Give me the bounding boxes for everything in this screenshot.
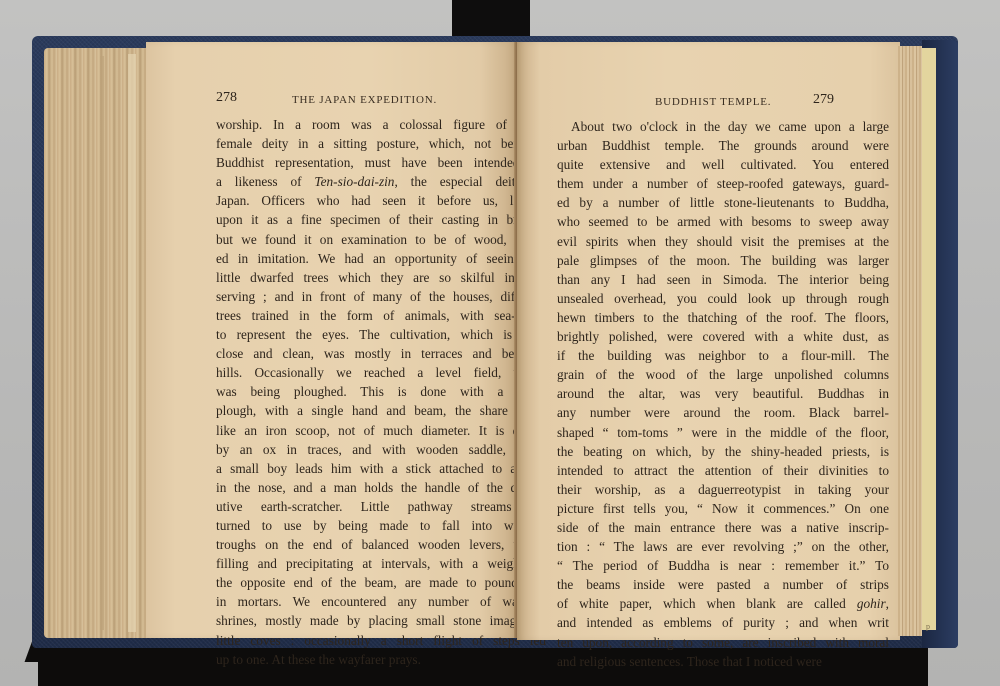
- text-line: them under a number of steep-roofed gate…: [557, 174, 889, 193]
- text-line: plough, with a single hand and beam, the…: [216, 401, 546, 420]
- text-line: a small boy leads him with a stick attac…: [216, 459, 546, 478]
- text-line: upon it as a fine specimen of their cast…: [216, 210, 546, 229]
- text-line: up to one. At these the wayfarer prays.: [216, 650, 546, 669]
- text-line: and intended as emblems of purity ; and …: [557, 613, 889, 632]
- text-line: side of the main entrance there was a na…: [557, 518, 889, 537]
- text-line: shaped “ tom-toms ” were in the middle o…: [557, 423, 889, 442]
- text-line: and religious sentences. Those that I no…: [557, 652, 889, 671]
- text-line: who seemed to be armed with besoms to sw…: [557, 212, 889, 231]
- text-line: troughs on the end of balanced wooden le…: [216, 535, 546, 554]
- text-line: around the altar, was very beautiful. Bu…: [557, 384, 889, 403]
- text-line: little coves : occasionally a short flig…: [216, 631, 546, 650]
- text-line: ed in imitation. We had an opportunity o…: [216, 249, 546, 268]
- left-page-text: worship. In a room was a colossal figure…: [216, 115, 546, 669]
- text-line: quite extensive and well cultivated. You…: [557, 155, 889, 174]
- text-line: by an ox in traces, and with wooden sadd…: [216, 440, 546, 459]
- text-line: was being ploughed. This is done with a …: [216, 382, 546, 401]
- text-line: the beams inside were pasted a number of…: [557, 575, 889, 594]
- text-line: urban Buddhist temple. The grounds aroun…: [557, 136, 889, 155]
- right-page: BUDDHIST TEMPLE. 279 About two o'clock i…: [517, 42, 900, 640]
- running-head-left: THE JAPAN EXPEDITION.: [292, 94, 437, 106]
- text-line: ed by a number of little stone-lieutenan…: [557, 193, 889, 212]
- text-line: worship. In a room was a colossal figure…: [216, 115, 546, 134]
- text-line: of white paper, which when blank are cal…: [557, 594, 889, 613]
- text-line: turned to use by being made to fall into…: [216, 516, 546, 535]
- text-line: pale glimpses of the moon. The building …: [557, 251, 889, 270]
- text-line: Buddhist representation, must have been …: [216, 153, 546, 172]
- italic-term: gohir: [857, 596, 886, 611]
- text-line: brightly polished, were covered with a w…: [557, 327, 889, 346]
- left-page: 278 THE JAPAN EXPEDITION. worship. In a …: [146, 42, 517, 638]
- text-line: than any I had seen in Simoda. The inter…: [557, 270, 889, 289]
- text-line: like an iron scoop, not of much diameter…: [216, 421, 546, 440]
- text-line: a likeness of Ten-sio-dai-zin, the espec…: [216, 172, 546, 191]
- text-line: female deity in a sitting posture, which…: [216, 134, 546, 153]
- text-line: evil spirits when they should visit the …: [557, 232, 889, 251]
- text-line: “ The period of Buddha is near : remembe…: [557, 556, 889, 575]
- text-line: their worship, as a daguerreotypist in t…: [557, 480, 889, 499]
- text-line: utive earth-scratcher. Little pathway st…: [216, 497, 546, 516]
- right-page-block-edges: [898, 46, 922, 636]
- text-line: any number were around the room. Black b…: [557, 403, 889, 422]
- text-line: picture first tells you, “ Now it commen…: [557, 499, 889, 518]
- text-line: in the nose, and a man holds the handle …: [216, 478, 546, 497]
- text-line: hills. Occasionally we reached a level f…: [216, 363, 546, 382]
- text-line: in mortars. We encountered any number of…: [216, 592, 546, 611]
- text-line: the opposite end of the beam, are made t…: [216, 573, 546, 592]
- page-number-left: 278: [216, 90, 237, 106]
- text-line: unsealed overhead, you could look up thr…: [557, 289, 889, 308]
- italic-term: Ten-sio-dai-zin: [314, 174, 394, 189]
- text-line: ten upon, according to some, are inscrib…: [557, 633, 889, 652]
- left-page-block-edges: [44, 48, 148, 638]
- corner-pencil-mark: p: [926, 622, 930, 631]
- page-number-right: 279: [813, 92, 834, 108]
- text-line: little dwarfed trees which they are so s…: [216, 268, 546, 287]
- text-line: trees trained in the form of animals, wi…: [216, 306, 546, 325]
- text-line: intended to attract the attention of the…: [557, 461, 889, 480]
- text-line: serving ; and in front of many of the ho…: [216, 287, 546, 306]
- text-line: grain of the wood of the large unpolishe…: [557, 365, 889, 384]
- right-endpaper: [922, 48, 936, 630]
- text-line: About two o'clock in the day we came upo…: [557, 117, 889, 136]
- text-line: Japan. Officers who had seen it before u…: [216, 191, 546, 210]
- text-line: if the building was neighbor to a flour-…: [557, 346, 889, 365]
- text-line: the beating on which, by the shiny-heade…: [557, 442, 889, 461]
- running-head-right: BUDDHIST TEMPLE.: [655, 96, 771, 108]
- right-page-text: About two o'clock in the day we came upo…: [557, 117, 889, 671]
- text-line: shrines, mostly made by placing small st…: [216, 611, 546, 630]
- text-line: to represent the eyes. The cultivation, …: [216, 325, 546, 344]
- text-line: tion : “ The laws are ever revolving ;” …: [557, 537, 889, 556]
- text-line: filling and precipitating at intervals, …: [216, 554, 546, 573]
- text-line: close and clean, was mostly in terraces …: [216, 344, 546, 363]
- text-line: hewn timbers to the thatching of the roo…: [557, 308, 889, 327]
- text-line: but we found it on examination to be of …: [216, 230, 546, 249]
